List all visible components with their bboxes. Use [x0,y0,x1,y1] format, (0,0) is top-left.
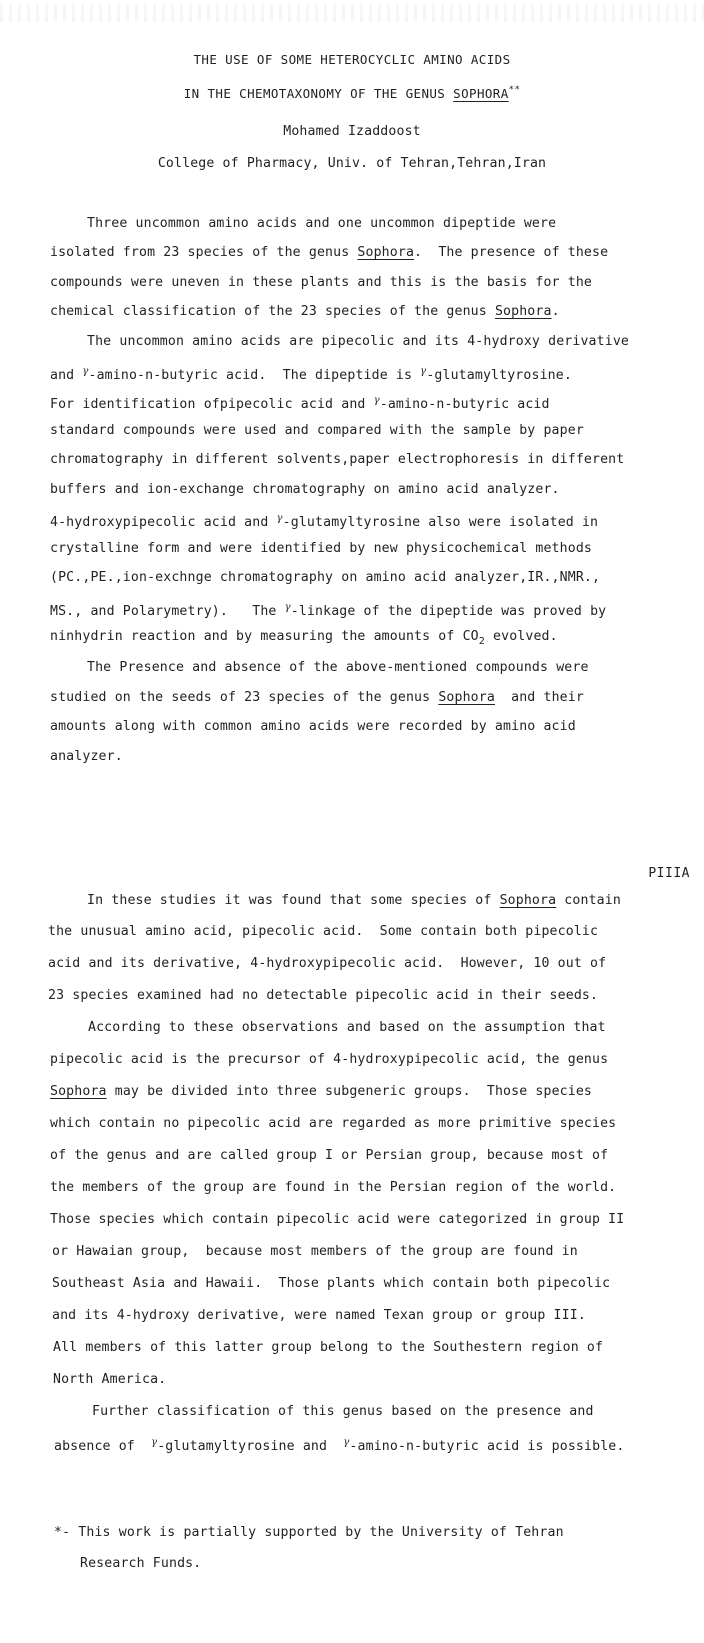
text: chemical classification of the 23 specie… [50,304,495,319]
text-line: 4-hydroxypipecolic acid and γ-glutamylty… [50,511,598,531]
text: evolved. [485,629,558,644]
title-footnote-mark: ** [509,85,521,95]
affiliation: College of Pharmacy, Univ. of Tehran,Teh… [0,156,704,172]
text-line: According to these observations and base… [88,1020,606,1036]
text-line: studied on the seeds of 23 species of th… [50,690,584,706]
text-line: Further classification of this genus bas… [92,1404,594,1420]
text-line: For identification ofpipecolic acid and … [50,393,550,413]
text: studied on the seeds of 23 species of th… [50,690,438,705]
text-line: Southeast Asia and Hawaii. Those plants … [52,1276,610,1292]
text-line: North America. [53,1372,166,1388]
text-line: absence of γ-glutamyltyrosine and γ-amin… [54,1435,624,1455]
text-line: Three uncommon amino acids and one uncom… [87,216,556,232]
text-line: Those species which contain pipecolic ac… [50,1212,624,1228]
text: isolated from 23 species of the genus [50,245,357,260]
text: 4-hydroxypipecolic acid and [50,515,277,530]
text-line: crystalline form and were identified by … [50,541,592,557]
text: absence of [54,1439,151,1454]
text-line: The uncommon amino acids are pipecolic a… [87,334,629,350]
text-line: All members of this latter group belong … [53,1340,603,1356]
genus-name: Sophora [438,690,495,705]
text-line: (PC.,PE.,ion-exchnge chromatography on a… [50,570,600,586]
text-line: In these studies it was found that some … [87,893,621,909]
text-line: standard compounds were used and compare… [50,423,584,439]
text-line: Sophora may be divided into three subgen… [50,1084,592,1100]
text: -glutamyltyrosine and [157,1439,343,1454]
text-line: chromatography in different solvents,pap… [50,452,624,468]
text-line: pipecolic acid is the precursor of 4-hyd… [50,1052,608,1068]
text: . The presence of these [414,245,608,260]
text-line: or Hawaian group, because most members o… [52,1244,578,1260]
genus-name: Sophora [495,304,552,319]
text-line: analyzer. [50,749,123,765]
text-line: and γ-amino-n-butyric acid. The dipeptid… [50,364,572,384]
page-label: PIIIA [648,866,690,881]
title-line-2: IN THE CHEMOTAXONOMY OF THE GENUS SOPHOR… [0,82,704,102]
text-line: and its 4-hydroxy derivative, were named… [52,1308,586,1324]
text: and [50,368,82,383]
text-line: chemical classification of the 23 specie… [50,304,560,320]
text: -linkage of the dipeptide was proved by [291,604,607,619]
title-line-1: THE USE OF SOME HETEROCYCLIC AMINO ACIDS [0,52,704,68]
text: ninhydrin reaction and by measuring the … [50,629,479,644]
text-line: buffers and ion-exchange chromatography … [50,482,560,498]
footnote-text-1: This work is partially supported by the … [78,1525,563,1540]
genus-name: Sophora [357,245,414,260]
footnote-line-1: *- This work is partially supported by t… [54,1525,564,1541]
text: may be divided into three subgeneric gro… [107,1084,592,1099]
author-name: Mohamed Izaddoost [0,124,704,140]
text: -amino-n-butyric acid is possible. [349,1439,624,1454]
text-line: the unusual amino acid, pipecolic acid. … [48,924,598,940]
text-line: ninhydrin reaction and by measuring the … [50,629,558,650]
text-line: which contain no pipecolic acid are rega… [50,1116,616,1132]
text: . [552,304,560,319]
text-line: amounts along with common amino acids we… [50,719,576,735]
footnote-mark: *- [54,1525,70,1540]
text-line: The Presence and absence of the above-me… [87,660,589,676]
text-line: the members of the group are found in th… [50,1180,616,1196]
title-line-2-prefix: IN THE CHEMOTAXONOMY OF THE GENUS [184,86,453,101]
text: contain [556,893,621,908]
genus-name: Sophora [500,893,557,908]
text: In these studies it was found that some … [87,893,500,908]
text-line: MS., and Polarymetry). The γ-linkage of … [50,600,606,620]
text-line: of the genus and are called group I or P… [50,1148,608,1164]
text-line: isolated from 23 species of the genus So… [50,245,608,261]
text: -glutamyltyrosine. [426,368,572,383]
text: -glutamyltyrosine also were isolated in [283,515,599,530]
scan-artifact [0,4,704,22]
text: For identification ofpipecolic acid and [50,397,374,412]
text: and their [495,690,584,705]
text: MS., and Polarymetry). The [50,604,285,619]
text-line: acid and its derivative, 4-hydroxypipeco… [48,956,606,972]
footnote-line-2: Research Funds. [80,1556,201,1572]
text: -amino-n-butyric acid. The dipeptide is [89,368,421,383]
text-line: compounds were uneven in these plants an… [50,275,592,291]
title-genus: SOPHORA [453,86,508,101]
text-line: 23 species examined had no detectable pi… [48,988,598,1004]
genus-name: Sophora [50,1084,107,1099]
text: -amino-n-butyric acid [380,397,550,412]
